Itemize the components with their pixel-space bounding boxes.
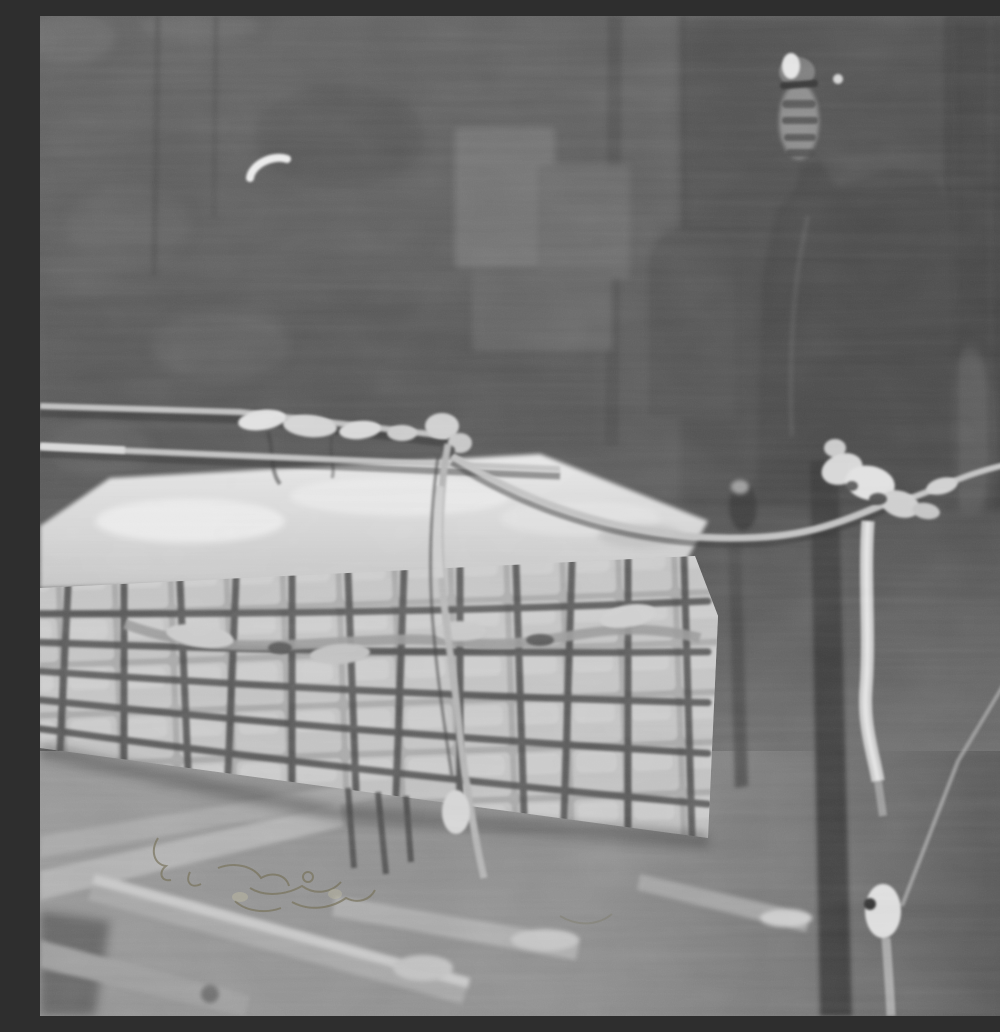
grain-overlay: [40, 16, 1000, 1016]
photo-svg: [40, 16, 1000, 1016]
photograph: Grainy black-and-white photograph of a d…: [40, 16, 1000, 1016]
